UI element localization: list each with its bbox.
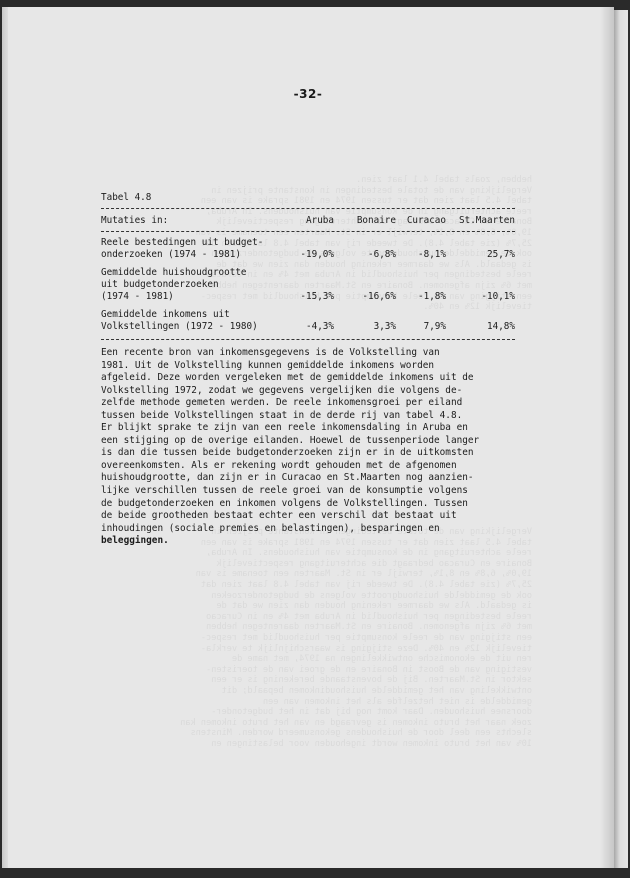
table-rule-header <box>101 231 515 233</box>
cell-bonaire: -16,6% <box>334 291 396 303</box>
table-row: Gemiddelde huishoudgrootte uit budgetond… <box>101 267 515 303</box>
paragraph-line: de budgetonderzoeken en inkomen volgens … <box>101 498 531 511</box>
statistics-table: Tabel 4.8 Mutaties in: Aruba Bonaire Cur… <box>101 192 515 345</box>
row-label-line: Volkstellingen (1972 - 1980) <box>101 321 279 333</box>
row-label-line: onderzoeken (1974 - 1981) <box>101 249 279 261</box>
paragraph-line: inhoudingen (sociale premies en belastin… <box>101 523 531 536</box>
cell-curacao: -8,1% <box>396 249 446 261</box>
paragraph-line: Een recente bron van inkomensgegevens is… <box>101 347 531 360</box>
row-label-line: uit budgetonderzoeken <box>101 279 279 291</box>
paragraph-line: is dan die tussen beide budgetonderzoeke… <box>101 447 531 460</box>
table-header-label: Mutaties in: <box>101 215 279 227</box>
paragraph-line: Er blijkt sprake te zijn van een reele i… <box>101 422 531 435</box>
row-label-line: Gemiddelde inkomens uit <box>101 309 279 321</box>
body-paragraph: Een recente bron van inkomensgegevens is… <box>101 347 531 548</box>
column-header-st-maarten: St.Maarten <box>446 215 515 227</box>
reverse-side-bleed-through: Vergelijking van de totale bestedingen i… <box>102 527 532 749</box>
cell-st-maarten: -10,1% <box>446 291 515 303</box>
cell-st-maarten: 14,8% <box>446 321 515 333</box>
table-caption: Tabel 4.8 <box>101 192 515 204</box>
cell-curacao: 7,9% <box>396 321 446 333</box>
document-page: hebben, zoals tabel 4.1 laat zien. Verge… <box>2 7 614 868</box>
cell-aruba: -4,3% <box>279 321 334 333</box>
paragraph-line: 1981. Uit de Volkstelling kunnen gemidde… <box>101 360 531 373</box>
column-header-bonaire: Bonaire <box>334 215 396 227</box>
table-row: Reele bestedingen uit budget- onderzoeke… <box>101 237 515 261</box>
page-number: -32- <box>2 87 614 101</box>
cell-aruba: -19,0% <box>279 249 334 261</box>
paragraph-line: overeenkomsten. Als er rekening wordt ge… <box>101 460 531 473</box>
column-header-curacao: Curacao <box>396 215 446 227</box>
table-rule-top <box>101 208 515 210</box>
scanned-page-background: hebben, zoals tabel 4.1 laat zien. Verge… <box>0 0 630 878</box>
paragraph-line: zelfde methode gemeten werden. De reele … <box>101 397 531 410</box>
paragraph-line: huishoudgrootte, dan zijn er in Curacao … <box>101 472 531 485</box>
paragraph-line: lijke verschillen tussen de reele groei … <box>101 485 531 498</box>
paragraph-line: Volkstelling 1972, zodat we gegevens ver… <box>101 385 531 398</box>
paragraph-line: tussen beide Volkstellingen staat in de … <box>101 410 531 423</box>
paragraph-last-line: beleggingen. <box>101 535 531 548</box>
cell-bonaire: 3,3% <box>334 321 396 333</box>
cell-bonaire: -6,8% <box>334 249 396 261</box>
cell-curacao: -1,8% <box>396 291 446 303</box>
page-fold-shadow <box>614 10 628 868</box>
column-header-aruba: Aruba <box>279 215 334 227</box>
table-row: Gemiddelde inkomens uit Volkstellingen (… <box>101 309 515 333</box>
cell-aruba: -15,3% <box>279 291 334 303</box>
paragraph-line: de beide grootheden bestaat echter een v… <box>101 510 531 523</box>
table-header-row: Mutaties in: Aruba Bonaire Curacao St.Ma… <box>101 214 515 227</box>
cell-st-maarten: 25,7% <box>446 249 515 261</box>
row-label-line: Reele bestedingen uit budget- <box>101 237 279 249</box>
paragraph-line: een stijging op de overige eilanden. Hoe… <box>101 435 531 448</box>
row-label-line: (1974 - 1981) <box>101 291 279 303</box>
paragraph-line: afgeleid. Deze worden vergeleken met de … <box>101 372 531 385</box>
table-rule-bottom <box>101 339 515 341</box>
row-label-line: Gemiddelde huishoudgrootte <box>101 267 279 279</box>
